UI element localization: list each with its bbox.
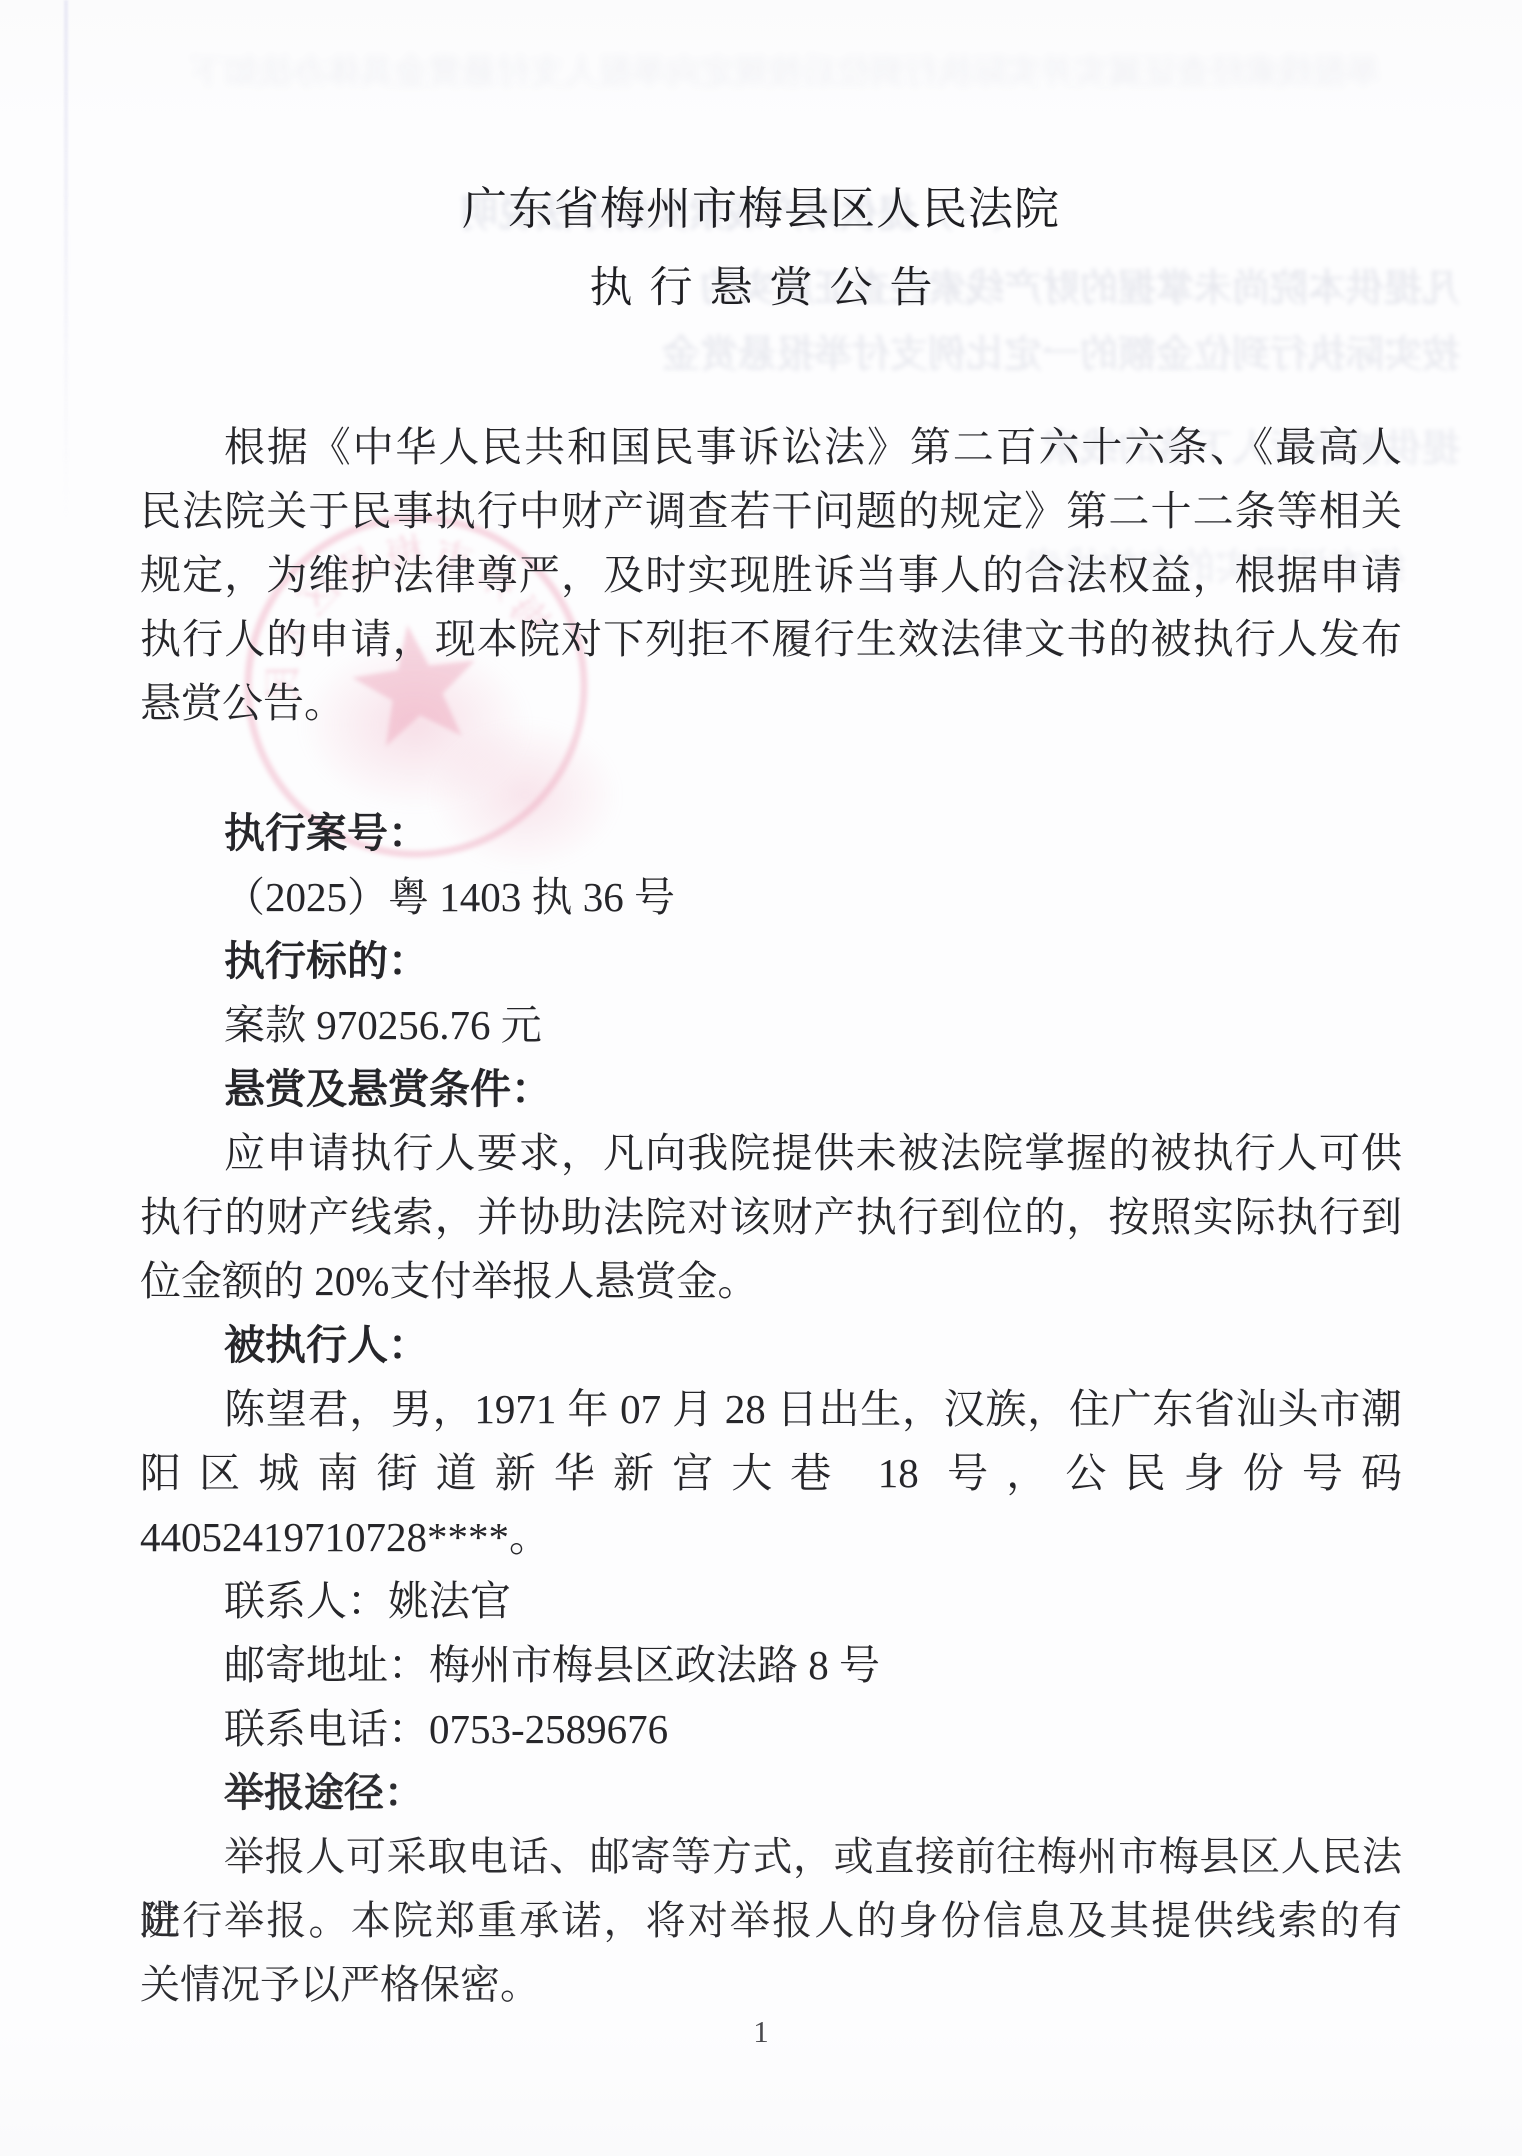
document-body: 根据《中华人民共和国民事诉讼法》第二百六十六条、《最高人 民法院关于民事执行中财… — [140, 415, 1402, 2017]
paragraph-reward-terms-line: 位金额的 20%支付举报人悬赏金。 — [140, 1249, 1402, 1313]
contact-person-line: 联系人：姚法官 — [140, 1569, 1402, 1633]
mailing-address-line: 邮寄地址：梅州市梅县区政法路 8 号 — [140, 1633, 1402, 1697]
paragraph-debtor-info-line: 阳区城南街道新华新宫大巷 18 号，公民身份号码 — [140, 1441, 1402, 1505]
paragraph-reward-terms-line: 执行的财产线索，并协助法院对该财产执行到位的，按照实际执行到 — [140, 1185, 1402, 1249]
bleedthrough-text-line: 举报线索经查证属实并实际执行到位后按规定向举报人支付悬赏金具体办法如下 — [150, 50, 1380, 96]
paragraph-legal-basis-line: 规定，为维护法律尊严，及时实现胜诉当事人的合法权益，根据申请 — [140, 543, 1402, 607]
bleedthrough-text-line: 按实际执行到位金额的一定比例支付举报悬赏金 — [575, 332, 1460, 378]
execution-target-label: 执行标的： — [140, 929, 1402, 993]
paragraph-debtor-info-line: 44052419710728****。 — [140, 1505, 1402, 1569]
report-channel-label: 举报途径： — [140, 1761, 1402, 1825]
reward-conditions-label: 悬赏及悬赏条件： — [140, 1057, 1402, 1121]
paragraph-legal-basis-line: 民法院关于民事执行中财产调查若干问题的规定》第二十二条等相关 — [140, 479, 1402, 543]
case-number-value: （2025）粤 1403 执 36 号 — [140, 865, 1402, 929]
paragraph-report-channel-line: 关情况予以严格保密。 — [140, 1953, 1402, 2017]
execution-target-value: 案款 970256.76 元 — [140, 993, 1402, 1057]
contact-phone-line: 联系电话：0753-2589676 — [140, 1697, 1402, 1761]
paragraph-report-channel-line: 举报人可采取电话、邮寄等方式，或直接前往梅州市梅县区人民法院 — [140, 1825, 1402, 1889]
scanned-document-page: 举报线索经查证属实并实际执行到位后按规定向举报人支付悬赏金具体办法如下 （一）提… — [0, 0, 1522, 2156]
paragraph-legal-basis-line: 根据《中华人民共和国民事诉讼法》第二百六十六条、《最高人 — [140, 415, 1402, 479]
debtor-label: 被执行人： — [140, 1313, 1402, 1377]
paragraph-legal-basis-line: 执行人的申请，现本院对下列拒不履行生效法律文书的被执行人发布 — [140, 607, 1402, 671]
paragraph-report-channel-line: 进行举报。本院郑重承诺，将对举报人的身份信息及其提供线索的有 — [140, 1889, 1402, 1953]
doc-title-heading: 执行悬赏公告 — [0, 254, 1522, 315]
paragraph-debtor-info-line: 陈望君，男，1971 年 07 月 28 日出生，汉族，住广东省汕头市潮 — [140, 1377, 1402, 1441]
case-number-label: 执行案号： — [140, 801, 1402, 865]
page-number: 1 — [0, 2014, 1522, 2050]
court-name-heading: 广东省梅州市梅县区人民法院 — [0, 172, 1522, 237]
paragraph-legal-basis-line: 悬赏公告。 — [140, 671, 1402, 735]
blank-line — [140, 735, 1402, 801]
paragraph-reward-terms-line: 应申请执行人要求，凡向我院提供未被法院掌握的被执行人可供 — [140, 1121, 1402, 1185]
